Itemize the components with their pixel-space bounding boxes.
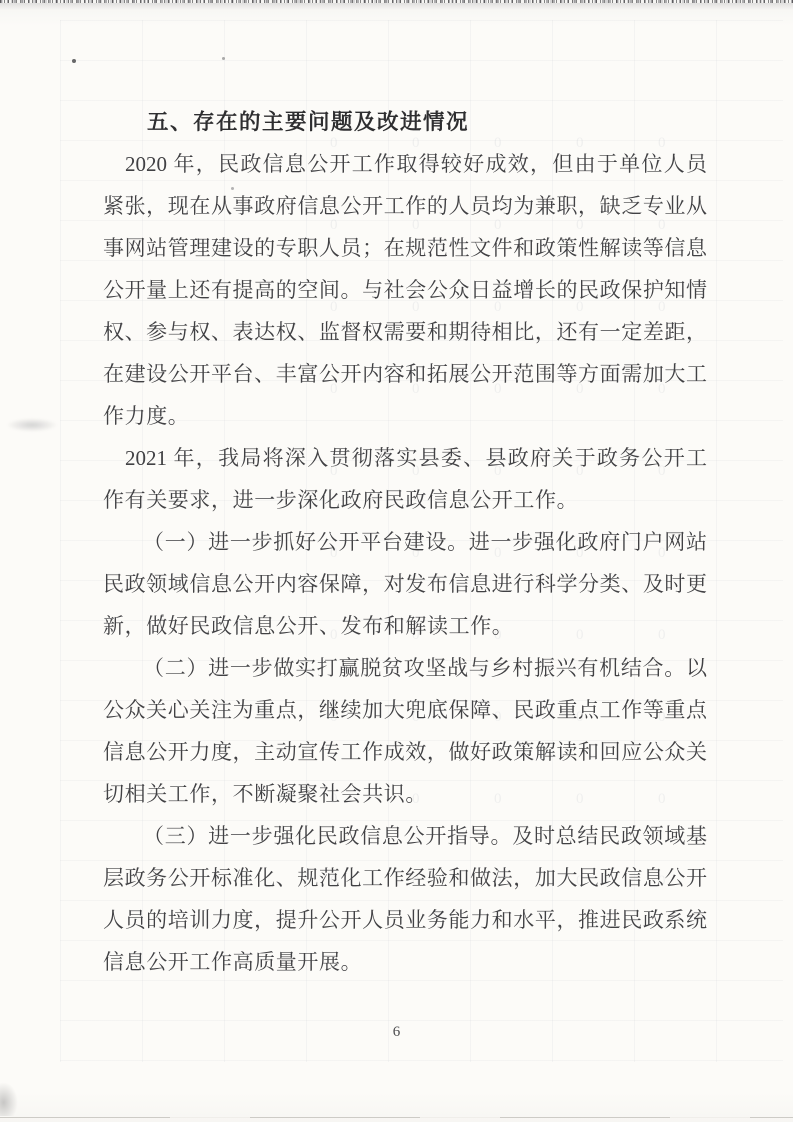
scan-speck <box>222 57 225 60</box>
text-line: （二）进一步做实打赢脱贫攻坚战与乡村振兴有机结合。以 <box>103 647 707 689</box>
text-line: （一）进一步抓好公开平台建设。进一步强化政府门户网站 <box>103 521 707 563</box>
scan-top-edge-fade <box>0 3 793 10</box>
text-line: 在建设公开平台、丰富公开内容和拓展公开范围等方面需加大工 <box>103 353 707 395</box>
text-line: 公开量上还有提高的空间。与社会公众日益增长的民政保护知情 <box>103 269 707 311</box>
text-line: 作有关要求，进一步深化政府民政信息公开工作。 <box>103 479 707 521</box>
text-line: 2021 年，我局将深入贯彻落实县委、县政府关于政务公开工 <box>103 437 707 479</box>
text-line: 公众关心关注为重点，继续加大兜底保障、民政重点工作等重点 <box>103 689 707 731</box>
text-line: 事网站管理建设的专职人员；在规范性文件和政策性解读等信息 <box>103 227 707 269</box>
text-line: 人员的培训力度，提升公开人员业务能力和水平，推进民政系统 <box>103 899 707 941</box>
text-line: 新，做好民政信息公开、发布和解读工作。 <box>103 605 707 647</box>
text-line: 民政领域信息公开内容保障，对发布信息进行科学分类、及时更 <box>103 563 707 605</box>
text-line: 紧张，现在从事政府信息公开工作的人员均为兼职，缺乏专业从 <box>103 185 707 227</box>
scan-speck <box>231 187 234 190</box>
pencil-smudge <box>6 418 58 432</box>
document-title: 五、存在的主要问题及改进情况 <box>103 101 707 143</box>
text-line: （三）进一步强化民政信息公开指导。及时总结民政领域基 <box>103 815 707 857</box>
text-line: 2020 年，民政信息公开工作取得较好成效，但由于单位人员 <box>103 143 707 185</box>
scan-speck <box>72 59 76 63</box>
text-line: 切相关工作，不断凝聚社会共识。 <box>103 773 707 815</box>
document-body: 五、存在的主要问题及改进情况 2020 年，民政信息公开工作取得较好成效，但由于… <box>103 101 707 983</box>
text-line: 信息公开工作高质量开展。 <box>103 941 707 983</box>
text-line: 信息公开力度，主动宣传工作成效，做好政策解读和回应公众关 <box>103 731 707 773</box>
page-number: 6 <box>0 1024 793 1041</box>
text-line: 层政务公开标准化、规范化工作经验和做法，加大民政信息公开 <box>103 857 707 899</box>
scan-speck <box>161 614 164 617</box>
text-line: 权、参与权、表达权、监督权需要和期待相比，还有一定差距， <box>103 311 707 353</box>
scan-corner-smudge <box>0 1082 18 1116</box>
scan-bottom-edge <box>0 1117 793 1118</box>
text-line: 作力度。 <box>103 395 707 437</box>
